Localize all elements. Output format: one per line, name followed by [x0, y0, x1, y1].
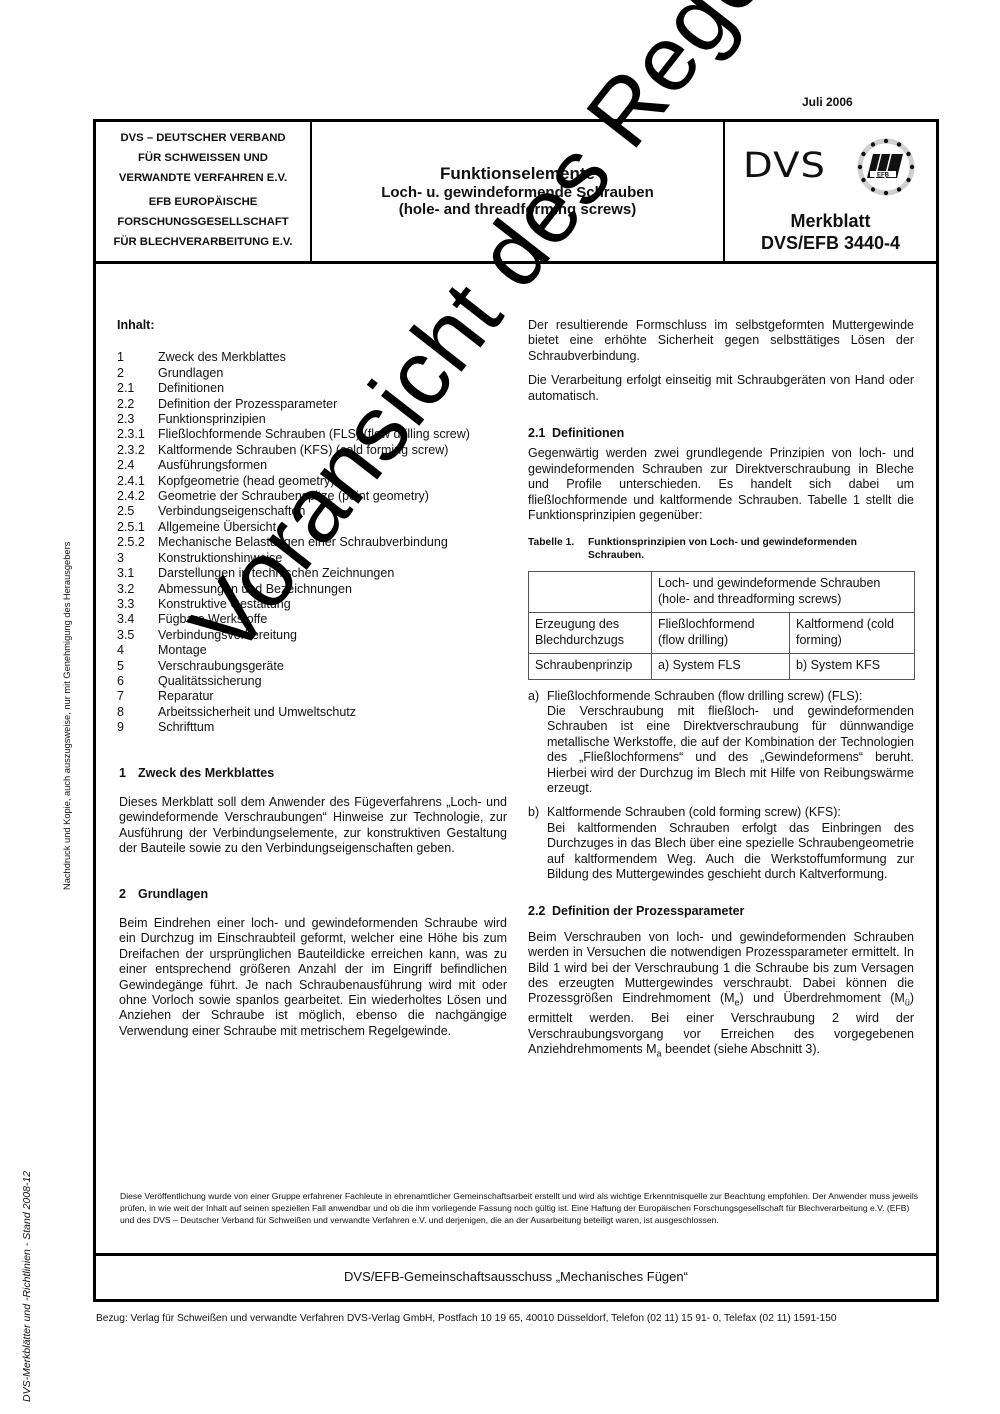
publisher-block: DVS – DEUTSCHER VERBAND FÜR SCHWEISSEN U…: [96, 122, 312, 261]
committee-name: DVS/EFB-Gemeinschaftsausschuss „Mechanis…: [96, 1253, 936, 1299]
section-2-1-text: Gegenwärtig werden zwei grundlegende Pri…: [528, 446, 914, 523]
toc-title: Inhalt:: [117, 318, 507, 333]
toc-item-label: Verbindungsvorbereitung: [158, 628, 297, 643]
document-title: Funktionselemente: [312, 164, 723, 184]
section-2-text-continued: Der resultierende Formschluss im selbstg…: [528, 318, 914, 364]
toc-item-label: Fließlochformende Schrauben (FLS) (flow …: [158, 427, 470, 442]
toc-item-number: 2.5.2: [117, 535, 158, 550]
toc-item: 8Arbeitssicherheit und Umweltschutz: [117, 705, 507, 720]
toc-item-number: 3: [117, 551, 158, 566]
toc-item: 2.4.1Kopfgeometrie (head geometry): [117, 474, 507, 489]
doc-id-block: DVS EFB Merkblatt DVS/EFB 3440-4: [725, 122, 936, 261]
list-item: a) Fließlochformende Schrauben (flow dri…: [528, 689, 914, 797]
toc-item-number: 2.3: [117, 412, 158, 427]
toc-item-number: 7: [117, 689, 158, 704]
ordering-info: Bezug: Verlag für Schweißen und verwandt…: [96, 1313, 837, 1324]
dvs-logo: DVS: [743, 146, 826, 186]
svg-text:EFB: EFB: [877, 173, 890, 179]
toc-item-number: 3.2: [117, 582, 158, 597]
table-row: Erzeugung des Blechdurchzugs Fließlochfo…: [529, 613, 915, 654]
toc-item: 5Verschraubungsgeräte: [117, 659, 507, 674]
toc-item: 2.3.1Fließlochformende Schrauben (FLS) (…: [117, 427, 507, 442]
section-heading: 1Zweck des Merkblattes: [117, 766, 507, 781]
toc-item: 2.4.2Geometrie der Schraubenspitze (poin…: [117, 489, 507, 504]
right-column: Der resultierende Formschluss im selbstg…: [528, 318, 914, 1062]
toc-item-label: Allgemeine Übersicht: [158, 520, 276, 535]
toc-item-number: 3.4: [117, 612, 158, 627]
toc-item-label: Mechanische Belastungen einer Schraubver…: [158, 535, 448, 550]
section-1-text: Dieses Merkblatt soll dem Anwender des F…: [119, 795, 507, 857]
table-row: Schraubenprinzip a) System FLS b) System…: [529, 654, 915, 679]
section-2-text: Beim Eindrehen einer loch- und gewindefo…: [119, 916, 507, 1039]
toc-item-label: Ausführungsformen: [158, 458, 267, 473]
toc-item: 4Montage: [117, 643, 507, 658]
toc-item-number: 2.3.2: [117, 443, 158, 458]
toc-item-label: Funktionsprinzipien: [158, 412, 266, 427]
toc-item-label: Grundlagen: [158, 366, 223, 381]
table-header: Loch- und gewindeformende Schrauben (hol…: [652, 572, 915, 613]
disclaimer-text: Diese Veröffentlichung wurde von einer G…: [120, 1190, 920, 1226]
function-principles-table: Loch- und gewindeformende Schrauben (hol…: [528, 571, 915, 679]
edition-side-note: DVS-Merkblätter und -Richtlinien - Stand…: [21, 1171, 33, 1402]
toc-item: 3.5Verbindungsvorbereitung: [117, 628, 507, 643]
toc-item-label: Verschraubungsgeräte: [158, 659, 284, 674]
toc-item-number: 3.5: [117, 628, 158, 643]
toc-item-label: Konstruktionshinweise: [158, 551, 282, 566]
toc-item-label: Qualitätssicherung: [158, 674, 262, 689]
section-heading: 2.1Definitionen: [528, 426, 914, 441]
publisher-line: FÜR SCHWEISSEN UND: [96, 148, 310, 168]
toc-item-number: 2.5: [117, 504, 158, 519]
toc-item-number: 3.3: [117, 597, 158, 612]
toc-item-number: 1: [117, 350, 158, 365]
toc-item-number: 5: [117, 659, 158, 674]
toc-item-label: Schrifttum: [158, 720, 214, 735]
toc-item-number: 2.4: [117, 458, 158, 473]
toc-item: 2.4Ausführungsformen: [117, 458, 507, 473]
toc-item: 2.2Definition der Prozessparameter: [117, 397, 507, 412]
section-heading: 2.2Definition der Prozessparameter: [528, 904, 914, 919]
toc-item-number: 2: [117, 366, 158, 381]
toc-item-label: Kopfgeometrie (head geometry): [158, 474, 334, 489]
toc-item: 2.3.2Kaltformende Schrauben (KFS) (cold …: [117, 443, 507, 458]
table-of-contents: 1Zweck des Merkblattes2Grundlagen2.1Defi…: [117, 350, 507, 735]
toc-item-number: 3.1: [117, 566, 158, 581]
publisher-line: FÜR BLECHVERARBEITUNG E.V.: [96, 232, 310, 252]
toc-item-number: 2.2: [117, 397, 158, 412]
publisher-line: DVS – DEUTSCHER VERBAND: [96, 128, 310, 148]
left-column: Inhalt: 1Zweck des Merkblattes2Grundlage…: [117, 318, 507, 1039]
section-2-2-text: Beim Verschrauben von loch- und gewindef…: [528, 930, 914, 1062]
publisher-line: FORSCHUNGSGESELLSCHAFT: [96, 212, 310, 232]
toc-item: 3.1Darstellungen in technischen Zeichnun…: [117, 566, 507, 581]
document-subtitle-en: (hole- and threadforming screws): [312, 201, 723, 218]
title-block: Funktionselemente Loch- u. gewindeformen…: [312, 122, 725, 261]
toc-item-number: 8: [117, 705, 158, 720]
toc-item-number: 2.4.2: [117, 489, 158, 504]
toc-item-label: Zweck des Merkblattes: [158, 350, 286, 365]
toc-item-label: Geometrie der Schraubenspitze (point geo…: [158, 489, 429, 504]
toc-item-label: Darstellungen in technischen Zeichnungen: [158, 566, 394, 581]
publication-date: Juli 2006: [802, 95, 853, 109]
toc-item: 7Reparatur: [117, 689, 507, 704]
document-number: DVS/EFB 3440-4: [725, 232, 936, 254]
toc-item: 2.5.2Mechanische Belastungen einer Schra…: [117, 535, 507, 550]
toc-item: 2.5Verbindungseigenschaften: [117, 504, 507, 519]
toc-item-number: 6: [117, 674, 158, 689]
section-2-text-continued: Die Verarbeitung erfolgt einseitig mit S…: [528, 373, 914, 404]
toc-item: 9Schrifttum: [117, 720, 507, 735]
table-caption: Tabelle 1. Funktionsprinzipien von Loch-…: [528, 536, 914, 562]
toc-item: 1Zweck des Merkblattes: [117, 350, 507, 365]
document-header: DVS – DEUTSCHER VERBAND FÜR SCHWEISSEN U…: [96, 122, 936, 264]
publisher-line: EFB EUROPÄISCHE: [96, 192, 310, 212]
toc-item-label: Kaltformende Schrauben (KFS) (cold formi…: [158, 443, 448, 458]
toc-item-label: Arbeitssicherheit und Umweltschutz: [158, 705, 356, 720]
toc-item: 2.5.1Allgemeine Übersicht: [117, 520, 507, 535]
toc-item-label: Abmessungen und Bezeichnungen: [158, 582, 352, 597]
toc-item: 6Qualitätssicherung: [117, 674, 507, 689]
toc-item: 2.1Definitionen: [117, 381, 507, 396]
publisher-line: VERWANDTE VERFAHREN E.V.: [96, 168, 310, 188]
efb-logo-icon: EFB: [853, 134, 919, 200]
toc-item-label: Reparatur: [158, 689, 214, 704]
toc-item: 3.2Abmessungen und Bezeichnungen: [117, 582, 507, 597]
document-type: Merkblatt: [725, 210, 936, 232]
copyright-side-note: Nachdruck und Kopie, auch auszugsweise, …: [62, 542, 72, 890]
toc-item-number: 2.5.1: [117, 520, 158, 535]
section-heading: 2Grundlagen: [117, 887, 507, 902]
toc-item-number: 2.3.1: [117, 427, 158, 442]
toc-item: 3Konstruktionshinweise: [117, 551, 507, 566]
toc-item-number: 2.4.1: [117, 474, 158, 489]
toc-item-label: Konstruktive Gestaltung: [158, 597, 291, 612]
toc-item-label: Definition der Prozessparameter: [158, 397, 337, 412]
toc-item-label: Verbindungseigenschaften: [158, 504, 305, 519]
document-subtitle: Loch- u. gewindeformende Schrauben: [312, 184, 723, 201]
toc-item: 2Grundlagen: [117, 366, 507, 381]
toc-item-number: 4: [117, 643, 158, 658]
toc-item: 3.3Konstruktive Gestaltung: [117, 597, 507, 612]
toc-item-number: 9: [117, 720, 158, 735]
list-item: b) Kaltformende Schrauben (cold forming …: [528, 805, 914, 882]
toc-item-label: Fügbare Werkstoffe: [158, 612, 267, 627]
toc-item: 2.3Funktionsprinzipien: [117, 412, 507, 427]
toc-item-number: 2.1: [117, 381, 158, 396]
toc-item-label: Montage: [158, 643, 207, 658]
toc-item: 3.4Fügbare Werkstoffe: [117, 612, 507, 627]
toc-item-label: Definitionen: [158, 381, 224, 396]
